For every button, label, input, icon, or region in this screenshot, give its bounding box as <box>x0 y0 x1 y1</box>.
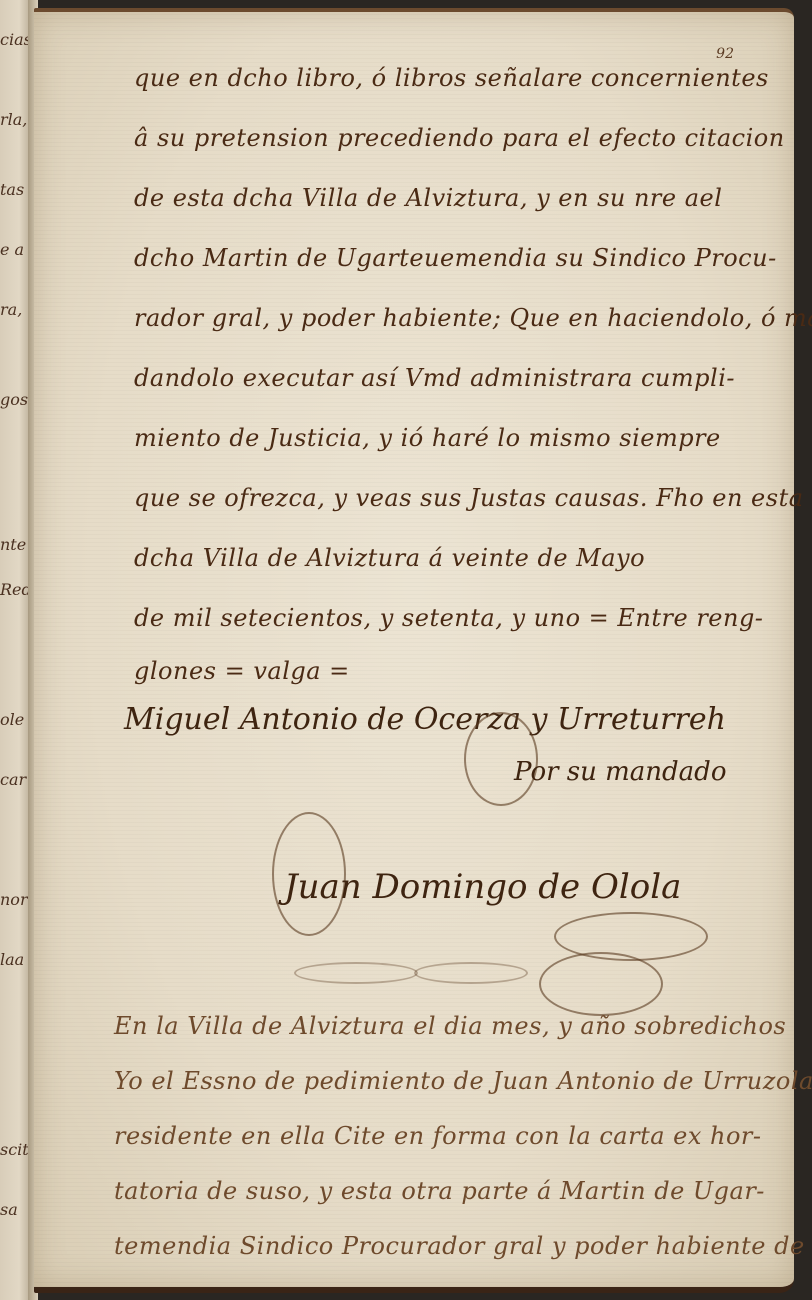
body-line: dcho Martin de Ugarteuemendia su Sindico… <box>134 244 764 272</box>
body-line: que en dcho libro, ó libros señalare con… <box>134 64 764 92</box>
second-entry-line: En la Villa de Alviztura el dia mes, y a… <box>114 1012 764 1040</box>
notary-rubric <box>539 952 663 1016</box>
body-line: miento de Justicia, y ió haré lo mismo s… <box>134 424 764 452</box>
left-page-fragment: nte <box>0 535 26 554</box>
left-page-fragment: Red <box>0 580 32 599</box>
left-page-fragment: nor <box>0 890 28 909</box>
second-entry-line: tatoria de suso, y esta otra parte á Mar… <box>114 1177 764 1205</box>
left-page-fragment: e a <box>0 240 24 259</box>
body-line: glones = valga = <box>134 657 764 685</box>
rubric-strokes <box>294 962 418 984</box>
body-line: â su pretension precediendo para el efec… <box>134 124 764 152</box>
manuscript-page: 92 que en dcho libro, ó libros señalare … <box>34 8 794 1293</box>
rubric-strokes <box>414 962 528 984</box>
body-line: de esta dcha Villa de Alviztura, y en su… <box>134 184 764 212</box>
attestation-label: Por su mandado <box>514 757 726 787</box>
left-page-fragment: ole <box>0 710 24 729</box>
body-line: dandolo executar así Vmd administrara cu… <box>134 364 764 392</box>
body-line: dcha Villa de Alviztura á veinte de Mayo <box>134 544 764 572</box>
second-entry-line: temendia Sindico Procurador gral y poder… <box>114 1232 764 1260</box>
left-page-fragment: scit <box>0 1140 29 1159</box>
body-line: rador gral, y poder habiente; Que en hac… <box>134 304 764 332</box>
second-entry-line: residente en ella Cite en forma con la c… <box>114 1122 764 1150</box>
signature-miguel-antonio: Miguel Antonio de Ocerza y Urreturreh <box>124 702 726 737</box>
folio-number: 92 <box>716 46 734 62</box>
second-entry-line: Yo el Essno de pedimiento de Juan Antoni… <box>114 1067 764 1095</box>
left-page-fragment: tas <box>0 180 24 199</box>
body-line: de mil setecientos, y setenta, y uno = E… <box>134 604 764 632</box>
left-page-fragment: gos <box>0 390 28 409</box>
left-page-fragment: car <box>0 770 26 789</box>
left-page-fragment: laa <box>0 950 24 969</box>
left-page-fragment: rla, <box>0 110 27 129</box>
left-page-fragment: sa <box>0 1200 18 1219</box>
body-line: que se ofrezca, y veas sus Justas causas… <box>134 484 764 512</box>
signature-juan-domingo: Juan Domingo de Olola <box>284 867 681 907</box>
